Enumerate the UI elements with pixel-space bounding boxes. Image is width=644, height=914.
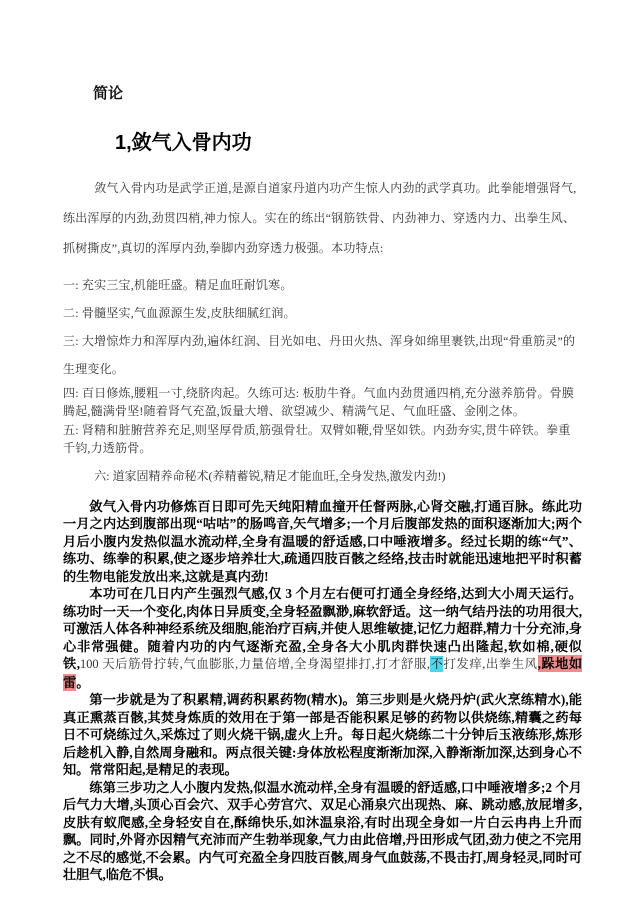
feature-item-3: 三: 大增惊炸力和浑厚内劲,遍体红润、目光如电、丹田火热、浑身如绵里裹铁,出现“… bbox=[63, 327, 582, 383]
chapter-title: 1,敛气入骨内功 bbox=[115, 126, 582, 155]
bold-paragraph-3: 第一步就是为了积累精,调药积累药物(精水)。第三步则是火烧丹炉(武火烹练精水),… bbox=[63, 691, 582, 779]
text-segment: 100 天后筋骨拧转,气血膨胀,力量倍增,全身渴望排打,打才舒服, bbox=[80, 657, 430, 671]
text-segment: 简论 bbox=[93, 85, 123, 102]
intro-paragraph: 敛气入骨内功是武学正道,是源自道家丹道内功产生惊人内劲的武学真功。此拳能增强肾气… bbox=[63, 173, 582, 263]
text-segment: 练第三步功之人小腹内发热,似温水流动样,全身有温暖的舒适感,口中唾液增多;2 个… bbox=[63, 780, 582, 883]
text-segment: 。 bbox=[76, 675, 89, 690]
text-segment: 三: 大增惊炸力和浑厚内劲,遍体红润、目光如电、丹田火热、浑身如绵里裹铁,出现“… bbox=[63, 334, 575, 376]
text-segment: 第一步就是为了积累精,调药积累药物(精水)。第三步则是火烧丹炉(武火烹练精水),… bbox=[63, 692, 582, 777]
text-segment: 二: 骨髓坚实,气血源源生发,皮肤细腻红润。 bbox=[63, 306, 296, 320]
feature-item-4: 四: 百日修炼,腰粗一寸,绕脐肉起。久练可达: 板肋牛脊。气血内劲贯通四梢,充分… bbox=[63, 385, 582, 420]
feature-item-2: 二: 骨髓坚实,气血源源生发,皮肤细腻红润。 bbox=[63, 299, 582, 327]
text-segment: 四: 百日修炼,腰粗一寸,绕脐肉起。久练可达: 板肋牛脊。气血内劲贯通四梢,充分… bbox=[63, 386, 574, 418]
text-segment: 敛气入骨内功是武学正道,是源自道家丹道内功产生惊人内劲的武学真功。此拳能增强肾气… bbox=[63, 181, 576, 255]
section-heading: 简论 bbox=[93, 82, 582, 103]
bold-paragraph-1: 敛气入骨内功修炼百日即可先天纯阳精血撞开任督两脉,心肾交融,打通百脉。练此功一月… bbox=[63, 498, 582, 586]
feature-item-5: 五: 肾精和脏腑营养充足,则坚厚骨质,筋强骨壮。双臂如鞭,骨坚如铁。内劲夯实,贯… bbox=[63, 422, 582, 457]
text-segment: 五: 肾精和脏腑营养充足,则坚厚骨质,筋强骨壮。双臂如鞭,骨坚如铁。内劲夯实,贯… bbox=[63, 423, 571, 455]
bold-paragraph-2: 本功可在几日内产生强烈气感,仅 3 个月左右便可打通全身经络,达到大小周天运行。… bbox=[63, 585, 582, 691]
text-segment: 1,敛气入骨内功 bbox=[115, 132, 252, 154]
text-segment: 打发痒,出拳生风 bbox=[443, 657, 537, 671]
text-segment: 不 bbox=[430, 656, 443, 672]
feature-item-6: 六: 道家固精养命秘术(养精蓄锐,精足才能血旺,全身发热,激发内劲!) bbox=[63, 468, 582, 486]
text-segment: 一: 充实三宝,机能旺盛。精足血旺耐饥寒。 bbox=[63, 278, 293, 292]
bold-paragraph-4: 练第三步功之人小腹内发热,似温水流动样,全身有温暖的舒适感,口中唾液增多;2 个… bbox=[63, 779, 582, 884]
document-body: 简论1,敛气入骨内功敛气入骨内功是武学正道,是源自道家丹道内功产生惊人内劲的武学… bbox=[63, 82, 582, 884]
document-page: 简论1,敛气入骨内功敛气入骨内功是武学正道,是源自道家丹道内功产生惊人内劲的武学… bbox=[0, 0, 644, 914]
feature-item-1: 一: 充实三宝,机能旺盛。精足血旺耐饥寒。 bbox=[63, 271, 582, 299]
text-segment: 六: 道家固精养命秘术(养精蓄锐,精足才能血旺,全身发热,激发内劲!) bbox=[94, 469, 445, 483]
text-segment: 敛气入骨内功修炼百日即可先天纯阳精血撞开任督两脉,心肾交融,打通百脉。练此功一月… bbox=[63, 499, 582, 584]
